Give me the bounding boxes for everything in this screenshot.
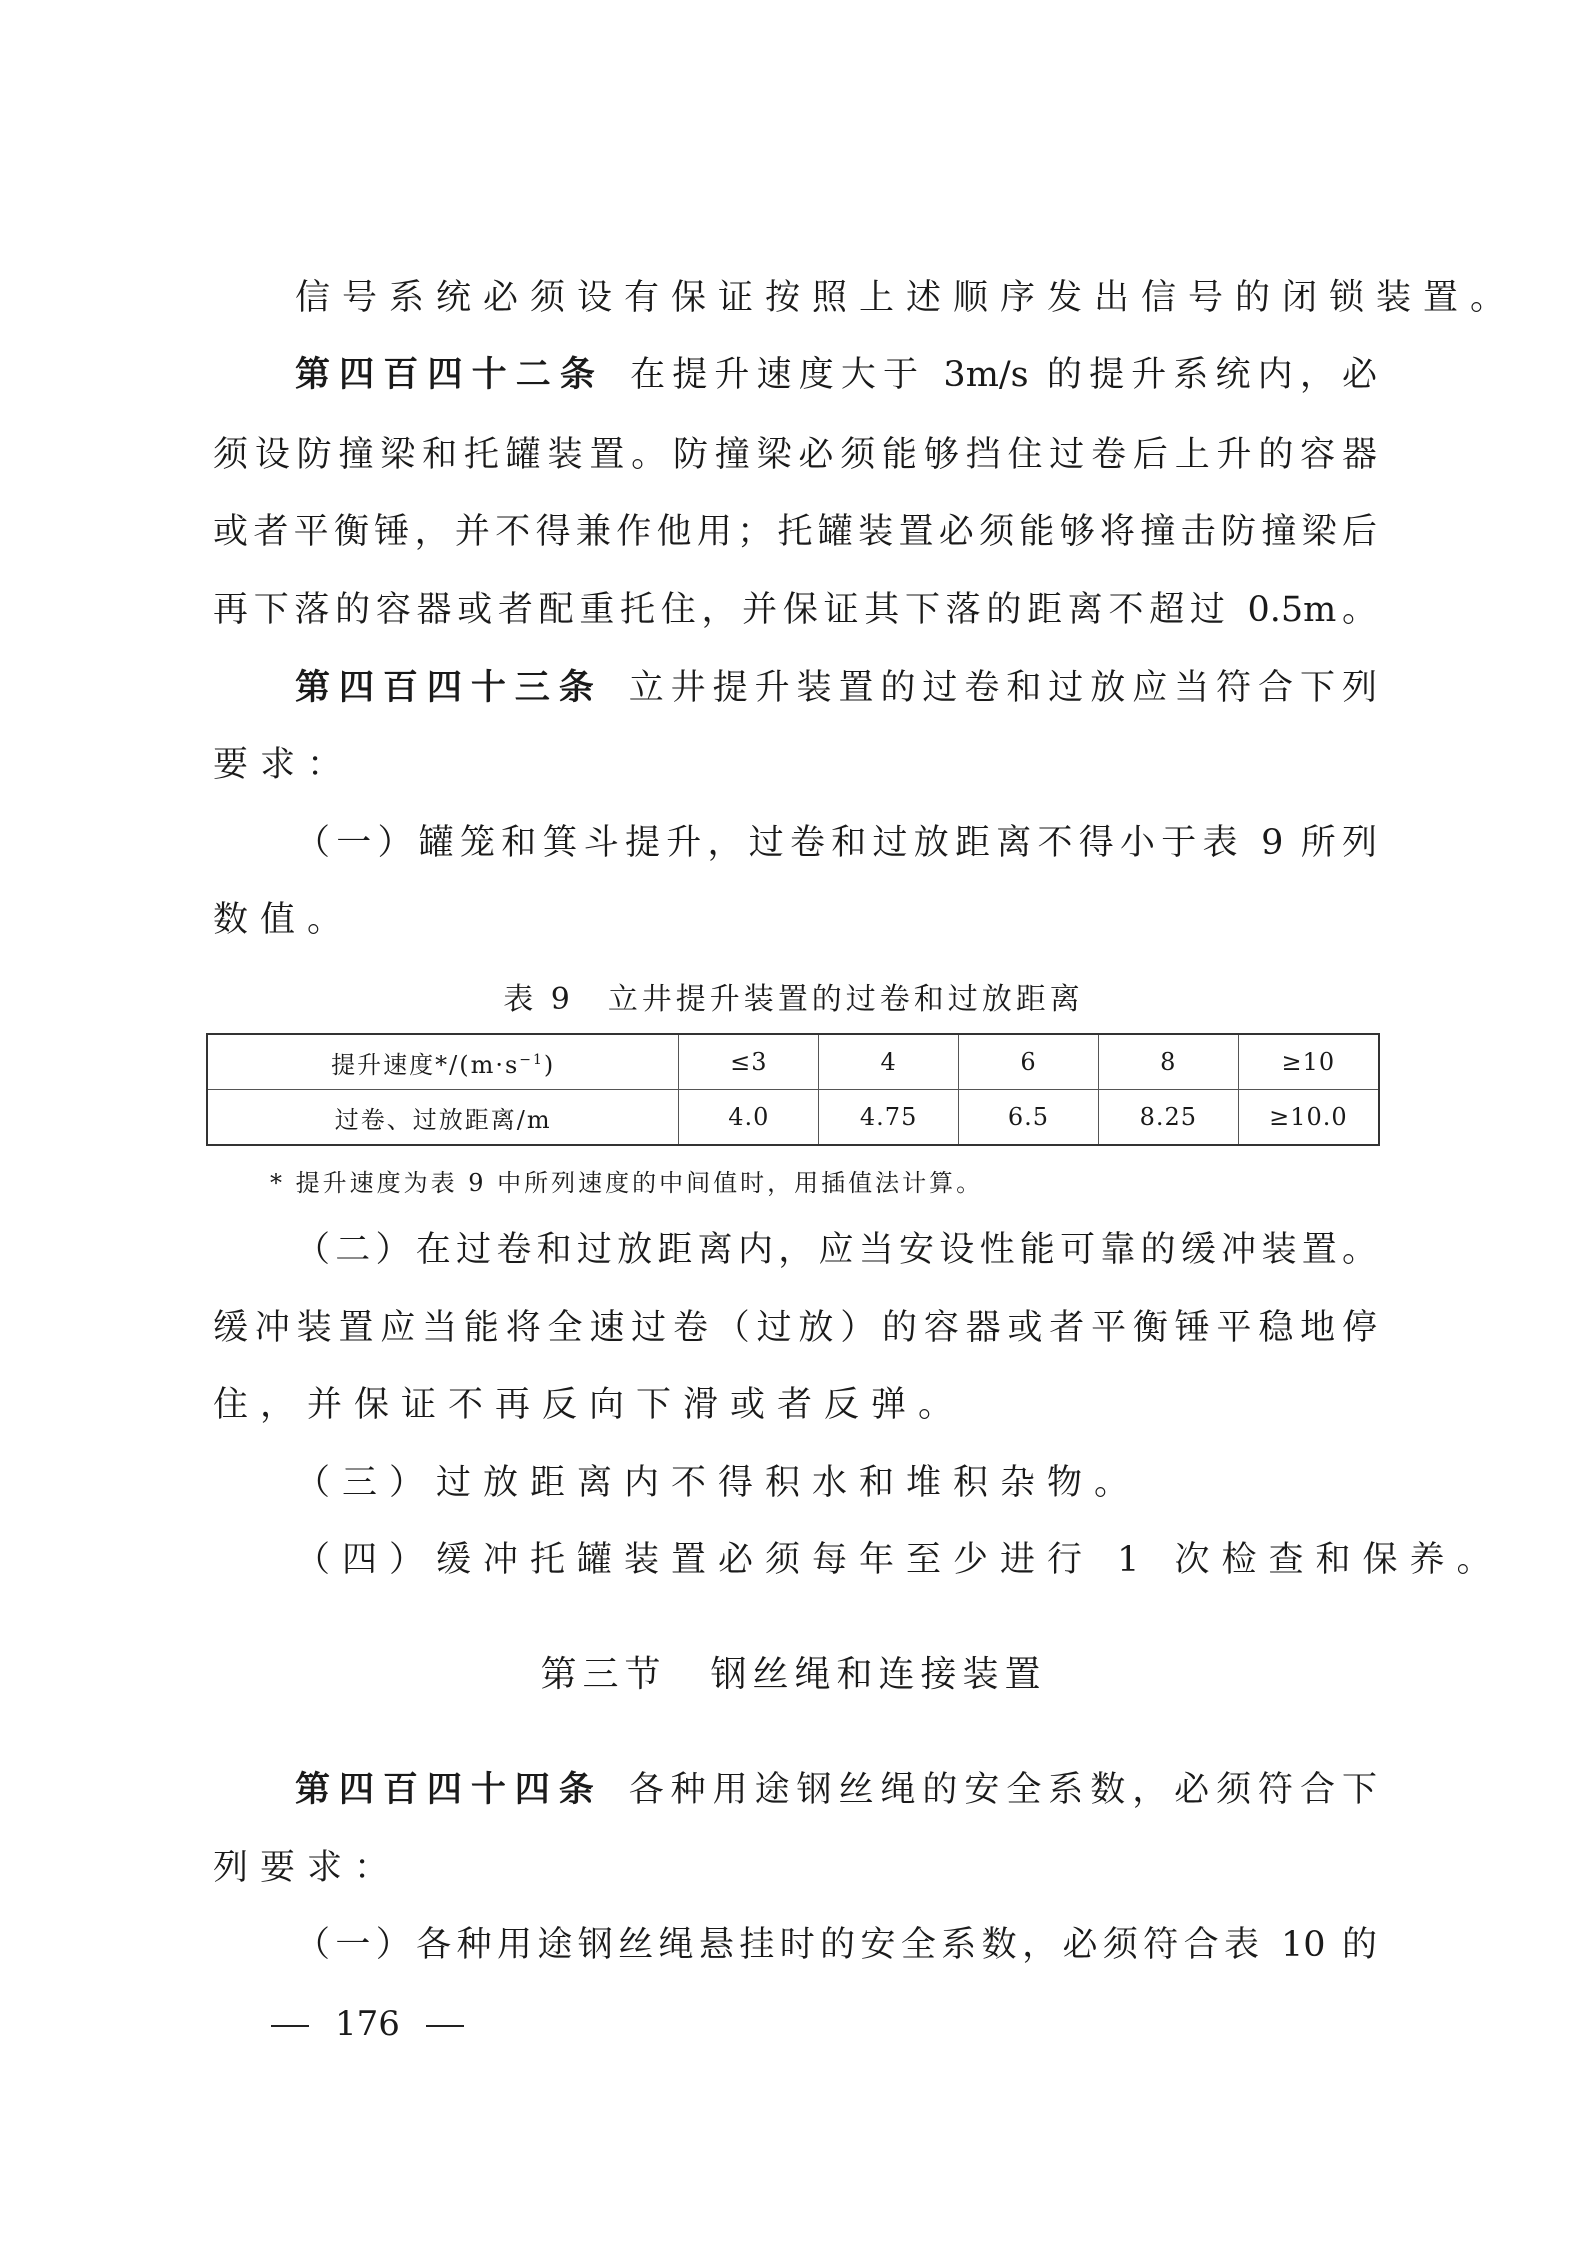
article-442-text: 在提升速度大于 3m/s 的提升系统内，必 (630, 355, 1377, 395)
article-442-heading: 第四百四十二条 (295, 355, 604, 395)
table-row-speed: 提升速度*/(m·s−1) ≤3 4 6 8 ≥10 (207, 1034, 1379, 1090)
paragraph-line: 列要求： (213, 1844, 1377, 1892)
paragraph-line: 住，并保证不再反向下滑或者反弹。 (213, 1381, 1377, 1429)
paragraph-line: 须设防撞梁和托罐装置。防撞梁必须能够挡住过卷后上升的容器 (213, 431, 1377, 479)
dash-left (271, 2025, 309, 2027)
article-444-heading: 第四百四十四条 (295, 1770, 603, 1810)
paragraph-line: 要求： (213, 741, 1377, 789)
section-number: 第三节 (540, 1654, 666, 1695)
table-cell: 4 (819, 1034, 959, 1090)
table-caption: 表 9立井提升装置的过卷和过放距离 (0, 982, 1587, 1018)
table-caption-number: 表 9 (503, 982, 574, 1017)
paragraph-line: （三）过放距离内不得积水和堆积杂物。 (295, 1459, 1377, 1507)
table-cell: ≥10 (1238, 1034, 1379, 1090)
section-title: 钢丝绳和连接装置 (711, 1654, 1047, 1695)
article-443-text: 立井提升装置的过卷和过放应当符合下列 (629, 668, 1377, 708)
page-number-value: 176 (335, 2004, 400, 2044)
page-number: 176 (245, 2004, 490, 2044)
paragraph-line: （一）各种用途钢丝绳悬挂时的安全系数，必须符合表 10 的 (295, 1921, 1377, 1969)
paragraph-line: 或者平衡锤，并不得兼作他用；托罐装置必须能够将撞击防撞梁后 (213, 508, 1377, 556)
table-cell: 4.75 (819, 1090, 959, 1146)
table-row-header: 过卷、过放距离/m (207, 1090, 679, 1146)
table-cell: 4.0 (679, 1090, 819, 1146)
article-443-heading: 第四百四十三条 (295, 668, 603, 708)
table-cell: 8.25 (1098, 1090, 1238, 1146)
paragraph-line: （一）罐笼和箕斗提升，过卷和过放距离不得小于表 9 所列 (295, 819, 1377, 867)
paragraph-line: 信号系统必须设有保证按照上述顺序发出信号的闭锁装置。 (295, 274, 1377, 322)
table-cell: 6.5 (959, 1090, 1099, 1146)
article-444-line: 第四百四十四条各种用途钢丝绳的安全系数，必须符合下 (295, 1766, 1377, 1814)
section-heading: 第三节钢丝绳和连接装置 (0, 1652, 1587, 1698)
paragraph-line: 缓冲装置应当能将全速过卷（过放）的容器或者平衡锤平稳地停 (213, 1304, 1377, 1352)
paragraph-line: 数值。 (213, 896, 1377, 944)
dash-right (426, 2025, 464, 2027)
article-444-text: 各种用途钢丝绳的安全系数，必须符合下 (629, 1770, 1377, 1810)
paragraph-line: 再下落的容器或者配重托住，并保证其下落的距离不超过 0.5m。 (213, 586, 1377, 634)
article-442-line: 第四百四十二条在提升速度大于 3m/s 的提升系统内，必 (295, 351, 1377, 399)
table-cell: ≤3 (679, 1034, 819, 1090)
table-cell: 8 (1098, 1034, 1238, 1090)
paragraph-line: （二）在过卷和过放距离内，应当安设性能可靠的缓冲装置。 (295, 1226, 1377, 1274)
table-9: 提升速度*/(m·s−1) ≤3 4 6 8 ≥10 过卷、过放距离/m 4.0… (206, 1033, 1380, 1146)
table-cell: ≥10.0 (1238, 1090, 1379, 1146)
paragraph-line: （四）缓冲托罐装置必须每年至少进行 1 次检查和保养。 (295, 1536, 1377, 1584)
table-cell: 6 (959, 1034, 1099, 1090)
table-row-header: 提升速度*/(m·s−1) (207, 1034, 679, 1090)
table-row-distance: 过卷、过放距离/m 4.0 4.75 6.5 8.25 ≥10.0 (207, 1090, 1379, 1146)
table-footnote: * 提升速度为表 9 中所列速度的中间值时，用插值法计算。 (270, 1166, 983, 1200)
article-443-line: 第四百四十三条立井提升装置的过卷和过放应当符合下列 (295, 664, 1377, 712)
table-caption-title: 立井提升装置的过卷和过放距离 (608, 982, 1084, 1017)
